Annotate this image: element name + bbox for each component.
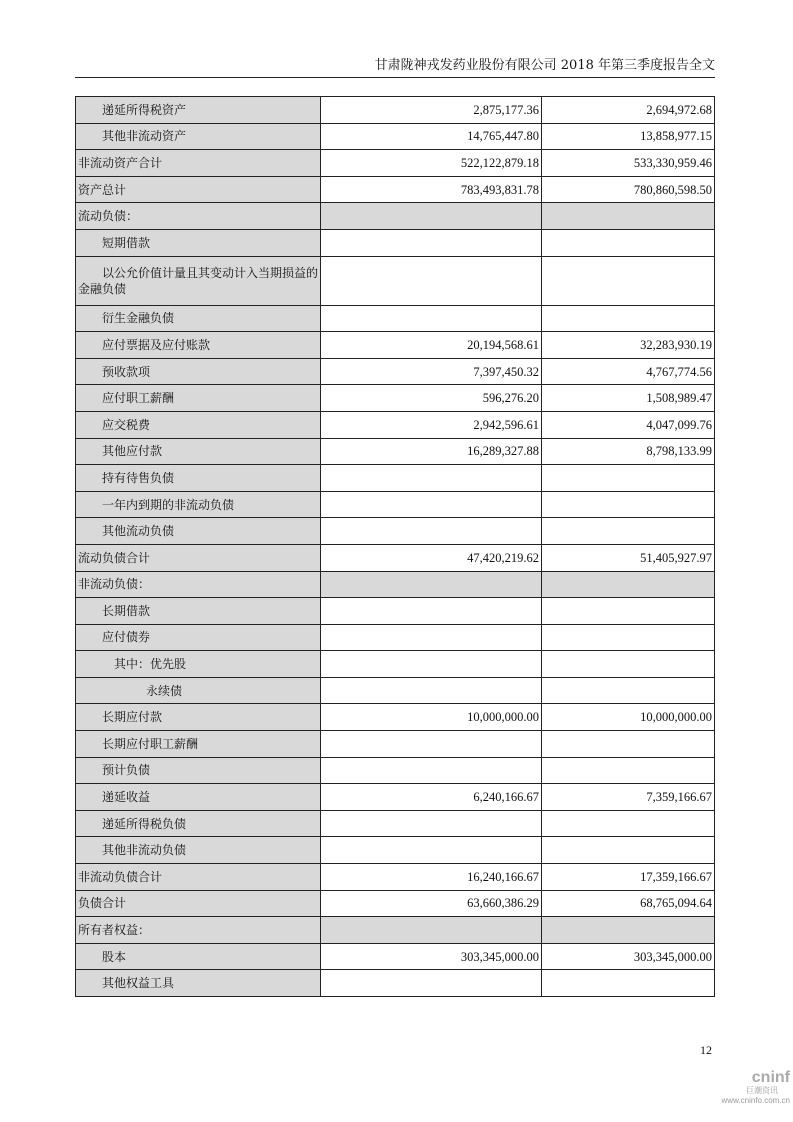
table-row: 非流动负债： — [76, 571, 715, 598]
period-end-value — [321, 810, 542, 837]
table-row: 股本303,345,000.00303,345,000.00 — [76, 943, 715, 970]
logo-url: www.cninfo.com.cn — [720, 1096, 790, 1106]
period-begin-value — [542, 203, 715, 230]
period-end-value — [321, 491, 542, 518]
row-label: 预计负债 — [76, 757, 321, 784]
table-row: 负债合计63,660,386.2968,765,094.64 — [76, 890, 715, 917]
period-begin-value: 7,359,166.67 — [542, 784, 715, 811]
row-label: 一年内到期的非流动负债 — [76, 491, 321, 518]
period-end-value — [321, 837, 542, 864]
period-end-value: 14,765,447.80 — [321, 123, 542, 150]
period-end-value — [321, 305, 542, 332]
period-begin-value: 780,860,598.50 — [542, 176, 715, 203]
logo-chinese-name: 巨潮资讯 — [720, 1086, 790, 1096]
period-begin-value: 1,508,989.47 — [542, 385, 715, 412]
table-row: 预计负债 — [76, 757, 715, 784]
period-begin-value: 13,858,977.15 — [542, 123, 715, 150]
row-label: 递延所得税负债 — [76, 810, 321, 837]
table-row: 长期应付款10,000,000.0010,000,000.00 — [76, 704, 715, 731]
period-begin-value: 10,000,000.00 — [542, 704, 715, 731]
row-label: 其他权益工具 — [76, 970, 321, 997]
period-begin-value: 533,330,959.46 — [542, 150, 715, 177]
period-begin-value: 303,345,000.00 — [542, 943, 715, 970]
row-label: 应付债券 — [76, 624, 321, 651]
period-begin-value — [542, 651, 715, 678]
row-label: 负债合计 — [76, 890, 321, 917]
period-end-value: 596,276.20 — [321, 385, 542, 412]
period-end-value: 16,289,327.88 — [321, 438, 542, 465]
row-label: 应交税费 — [76, 411, 321, 438]
row-label: 持有待售负债 — [76, 465, 321, 492]
period-end-value — [321, 970, 542, 997]
period-begin-value — [542, 731, 715, 758]
row-label: 长期应付职工薪酬 — [76, 731, 321, 758]
period-end-value — [321, 571, 542, 598]
row-label: 非流动负债： — [76, 571, 321, 598]
row-label: 股本 — [76, 943, 321, 970]
period-end-value: 783,493,831.78 — [321, 176, 542, 203]
period-begin-value: 2,694,972.68 — [542, 97, 715, 124]
row-label: 衍生金融负债 — [76, 305, 321, 332]
period-end-value: 522,122,879.18 — [321, 150, 542, 177]
table-row: 资产总计783,493,831.78780,860,598.50 — [76, 176, 715, 203]
row-label: 递延所得税资产 — [76, 97, 321, 124]
period-end-value — [321, 256, 542, 305]
period-begin-value: 32,283,930.19 — [542, 332, 715, 359]
balance-sheet-table: 递延所得税资产2,875,177.362,694,972.68其他非流动资产14… — [75, 96, 715, 997]
row-label: 非流动负债合计 — [76, 864, 321, 891]
logo-brand: cninf — [720, 1070, 790, 1086]
table-row: 流动负债： — [76, 203, 715, 230]
row-label: 其中：优先股 — [76, 651, 321, 678]
table-row: 流动负债合计47,420,219.6251,405,927.97 — [76, 544, 715, 571]
period-end-value: 2,942,596.61 — [321, 411, 542, 438]
period-begin-value: 68,765,094.64 — [542, 890, 715, 917]
row-label: 其他应付款 — [76, 438, 321, 465]
period-begin-value — [542, 624, 715, 651]
period-begin-value — [542, 491, 715, 518]
document-header-title: 甘肃陇神戎发药业股份有限公司 2018 年第三季度报告全文 — [75, 57, 715, 75]
period-begin-value — [542, 465, 715, 492]
period-begin-value — [542, 256, 715, 305]
table-row: 长期借款 — [76, 598, 715, 625]
row-label: 应付职工薪酬 — [76, 385, 321, 412]
row-label: 流动负债： — [76, 203, 321, 230]
row-label: 资产总计 — [76, 176, 321, 203]
table-row: 长期应付职工薪酬 — [76, 731, 715, 758]
header-divider — [75, 77, 715, 78]
period-begin-value — [542, 837, 715, 864]
table-row: 预收款项7,397,450.324,767,774.56 — [76, 358, 715, 385]
table-row: 一年内到期的非流动负债 — [76, 491, 715, 518]
period-end-value — [321, 677, 542, 704]
table-row: 应交税费2,942,596.614,047,099.76 — [76, 411, 715, 438]
period-begin-value — [542, 677, 715, 704]
row-label: 其他流动负债 — [76, 518, 321, 545]
period-end-value: 20,194,568.61 — [321, 332, 542, 359]
period-end-value — [321, 624, 542, 651]
period-end-value — [321, 518, 542, 545]
row-label: 短期借款 — [76, 229, 321, 256]
table-row: 递延所得税资产2,875,177.362,694,972.68 — [76, 97, 715, 124]
period-begin-value — [542, 229, 715, 256]
period-end-value — [321, 651, 542, 678]
row-label: 所有者权益： — [76, 917, 321, 944]
period-begin-value: 17,359,166.67 — [542, 864, 715, 891]
table-row: 所有者权益： — [76, 917, 715, 944]
period-end-value — [321, 731, 542, 758]
period-begin-value — [542, 598, 715, 625]
table-row: 持有待售负债 — [76, 465, 715, 492]
table-row: 其他应付款16,289,327.888,798,133.99 — [76, 438, 715, 465]
table-row: 其他流动负债 — [76, 518, 715, 545]
period-end-value — [321, 598, 542, 625]
row-label: 其他非流动资产 — [76, 123, 321, 150]
period-begin-value: 8,798,133.99 — [542, 438, 715, 465]
period-end-value — [321, 757, 542, 784]
table-row: 衍生金融负债 — [76, 305, 715, 332]
period-end-value — [321, 917, 542, 944]
period-begin-value — [542, 757, 715, 784]
period-end-value: 2,875,177.36 — [321, 97, 542, 124]
row-label: 递延收益 — [76, 784, 321, 811]
table-row: 其中：优先股 — [76, 651, 715, 678]
table-row: 其他权益工具 — [76, 970, 715, 997]
row-label: 长期借款 — [76, 598, 321, 625]
period-end-value: 6,240,166.67 — [321, 784, 542, 811]
period-begin-value — [542, 917, 715, 944]
period-begin-value: 4,767,774.56 — [542, 358, 715, 385]
table-row: 递延所得税负债 — [76, 810, 715, 837]
table-row: 其他非流动负债 — [76, 837, 715, 864]
period-end-value — [321, 465, 542, 492]
period-begin-value — [542, 518, 715, 545]
period-begin-value: 51,405,927.97 — [542, 544, 715, 571]
period-begin-value — [542, 305, 715, 332]
table-row: 短期借款 — [76, 229, 715, 256]
period-begin-value — [542, 970, 715, 997]
row-label: 应付票据及应付账款 — [76, 332, 321, 359]
period-begin-value — [542, 571, 715, 598]
table-row: 其他非流动资产14,765,447.8013,858,977.15 — [76, 123, 715, 150]
period-end-value: 16,240,166.67 — [321, 864, 542, 891]
table-row: 递延收益6,240,166.677,359,166.67 — [76, 784, 715, 811]
table-row: 非流动资产合计522,122,879.18533,330,959.46 — [76, 150, 715, 177]
table-row: 应付职工薪酬596,276.201,508,989.47 — [76, 385, 715, 412]
period-end-value: 7,397,450.32 — [321, 358, 542, 385]
table-row: 非流动负债合计16,240,166.6717,359,166.67 — [76, 864, 715, 891]
row-label: 预收款项 — [76, 358, 321, 385]
row-label: 永续债 — [76, 677, 321, 704]
period-end-value: 63,660,386.29 — [321, 890, 542, 917]
cninfo-logo: cninf 巨潮资讯 www.cninfo.com.cn — [720, 1070, 790, 1106]
period-begin-value: 4,047,099.76 — [542, 411, 715, 438]
period-end-value — [321, 229, 542, 256]
row-label: 其他非流动负债 — [76, 837, 321, 864]
row-label: 长期应付款 — [76, 704, 321, 731]
row-label: 以公允价值计量且其变动计入当期损益的金融负债 — [76, 256, 321, 305]
period-end-value — [321, 203, 542, 230]
period-begin-value — [542, 810, 715, 837]
row-label: 流动负债合计 — [76, 544, 321, 571]
table-row: 永续债 — [76, 677, 715, 704]
row-label: 非流动资产合计 — [76, 150, 321, 177]
table-row: 应付债券 — [76, 624, 715, 651]
table-row: 应付票据及应付账款20,194,568.6132,283,930.19 — [76, 332, 715, 359]
period-end-value: 303,345,000.00 — [321, 943, 542, 970]
table-row: 以公允价值计量且其变动计入当期损益的金融负债 — [76, 256, 715, 305]
period-end-value: 10,000,000.00 — [321, 704, 542, 731]
period-end-value: 47,420,219.62 — [321, 544, 542, 571]
page-number: 12 — [700, 1043, 712, 1058]
